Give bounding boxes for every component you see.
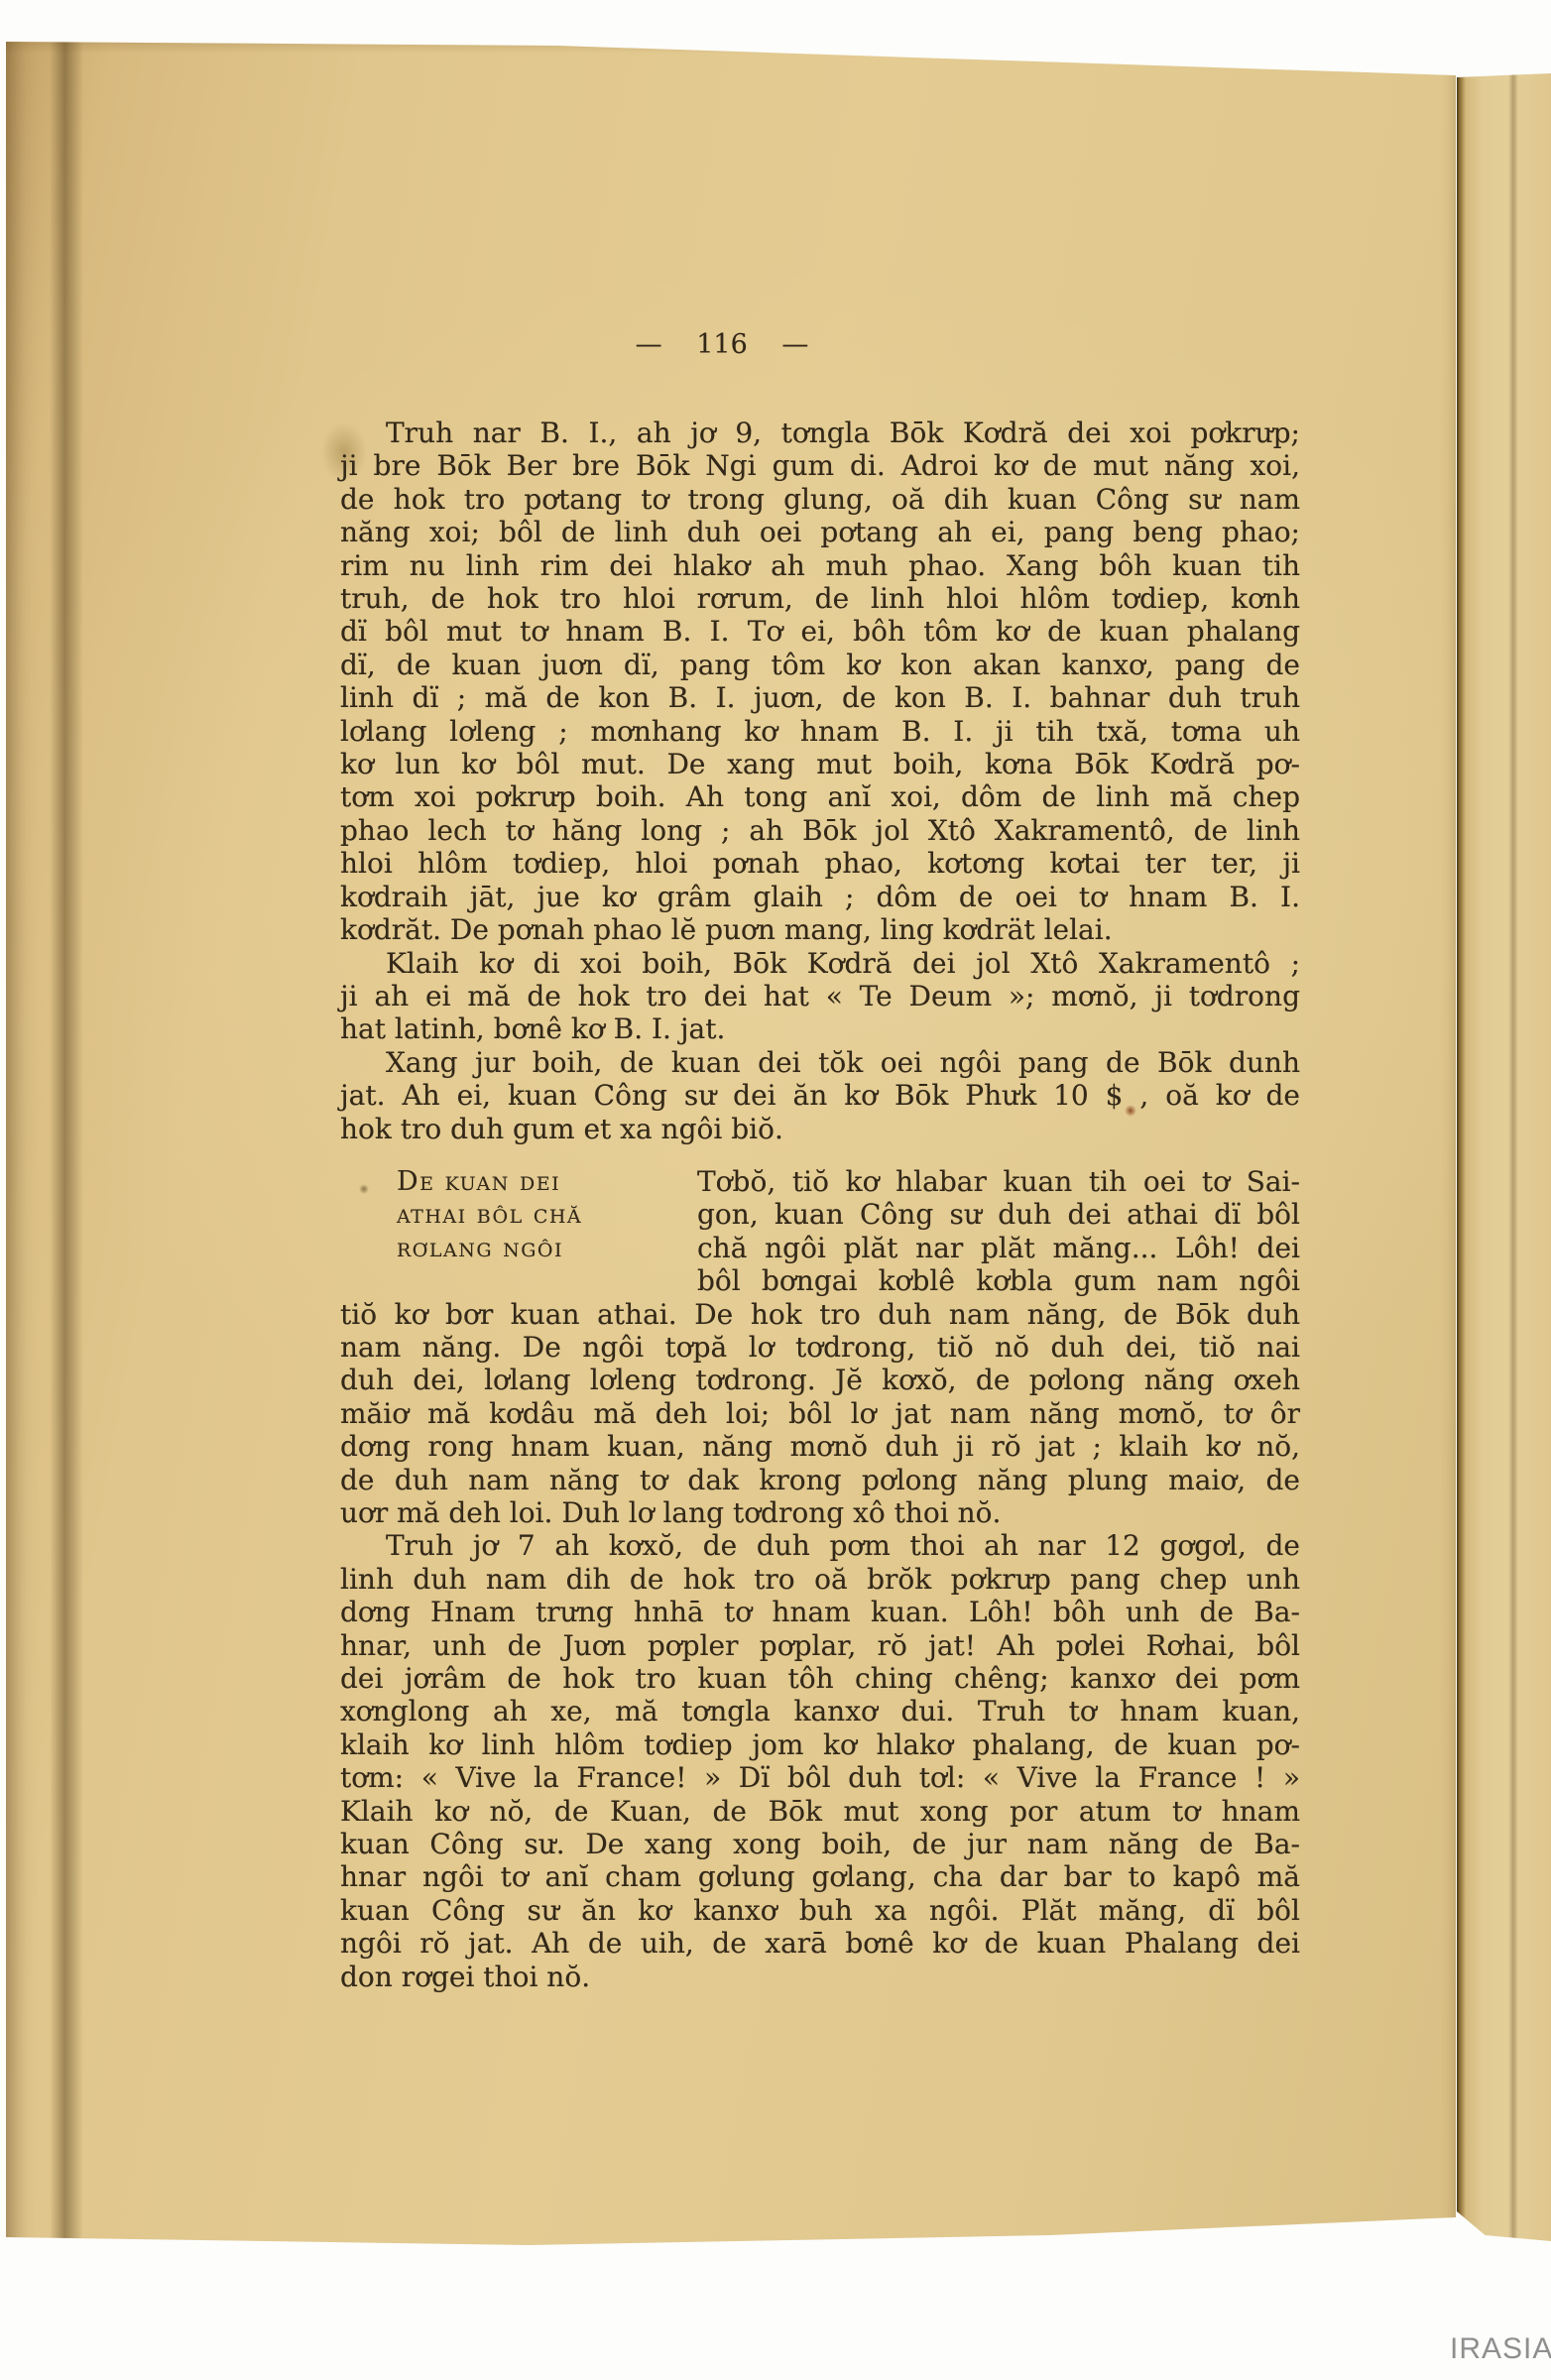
- text-line: gon, kuan Công sư duh dei athai dï bôl: [697, 1198, 1300, 1231]
- text-line: Truh nar B. I., ah jơ 9, tơngla Bōk Kơdr…: [340, 416, 1300, 449]
- section-intro: Tơbŏ, tiŏ kơ hlabar kuan tih oei tơ Sai-…: [697, 1165, 1300, 1298]
- text-line: don rơgei thoi nŏ.: [340, 1961, 1300, 1993]
- text-line: ji ah ei mă de hok tro dei hat « Te Deum…: [340, 980, 1300, 1012]
- text-line: xơnglong ah xe, mă tơngla kanxơ dui. Tru…: [340, 1695, 1300, 1727]
- text-line: hnar ngôi tơ anĭ cham gơlung gơlang, cha…: [340, 1860, 1300, 1893]
- text-line: kuan Công sư. De xang xong boih, de jur …: [340, 1828, 1300, 1860]
- text-line: linh duh nam dih de hok tro oă brŏk pơkr…: [340, 1563, 1300, 1596]
- text-line: lơlang lơleng ; mơnhang kơ hnam B. I. ji…: [340, 715, 1300, 748]
- text-line: kơdrăt. De pơnah phao lĕ puơn mang, ling…: [340, 913, 1300, 946]
- book-page: — 116 — Truh nar B. I., ah jơ 9, tơngla …: [6, 28, 1456, 2277]
- text-line: kơ lun kơ bôl mut. De xang mut boih, kơn…: [340, 748, 1300, 780]
- text-line: de duh nam năng tơ dak krong pơlong năng…: [340, 1464, 1300, 1496]
- text-line: de hok tro pơtang tơ trong glung, oă dih…: [340, 483, 1300, 516]
- text-line: nam năng. De ngôi tơpă lơ tơdrong, tiŏ n…: [340, 1331, 1300, 1364]
- text-line: kơdraih jāt, jue kơ grâm glaih ; dôm de …: [340, 881, 1300, 913]
- text-line: tiŏ kơ bơr kuan athai. De hok tro duh na…: [340, 1298, 1300, 1331]
- text-line: linh dï ; mă de kon B. I. juơn, de kon B…: [340, 681, 1300, 714]
- text-line: dï, de kuan juơn dï, pang tôm kơ kon aka…: [340, 649, 1300, 681]
- text-block: Truh nar B. I., ah jơ 9, tơngla Bōk Kơdr…: [340, 416, 1300, 1993]
- text-line: năng xoi; bôl de linh duh oei pơtang ah …: [340, 516, 1300, 548]
- text-line: kuan Công sư ăn kơ kanxơ buh xa ngôi. Pl…: [340, 1894, 1300, 1927]
- text-line: truh, de hok tro hloi rơrum, de linh hlo…: [340, 582, 1300, 615]
- text-line: hok tro duh gum et xa ngôi biŏ.: [340, 1113, 1300, 1145]
- text-line: dï bôl mut tơ hnam B. I. Tơ ei, bôh tôm …: [340, 615, 1300, 648]
- page-number: — 116 —: [340, 329, 1104, 360]
- margin-note-section: De kuan dei athai bôl chă rơlang ngôi Tơ…: [340, 1165, 1300, 1298]
- text-line: hloi hlôm tơdiep, hloi pơnah phao, kơtơn…: [340, 847, 1300, 880]
- margin-heading-line: rơlang ngôi: [397, 1232, 697, 1264]
- text-line: duh dei, lơlang lơleng tơdrong. Jĕ kơxŏ,…: [340, 1364, 1300, 1396]
- margin-heading-line: De kuan dei: [397, 1165, 697, 1198]
- text-line: Truh jơ 7 ah kơxŏ, de duh pơm thoi ah na…: [340, 1529, 1300, 1562]
- text-line: Klaih kơ nŏ, de Kuan, de Bōk mut xong po…: [340, 1795, 1300, 1828]
- text-line: Klaih kơ di xoi boih, Bōk Kơdră dei jol …: [340, 947, 1300, 980]
- text-line: jat. Ah ei, kuan Công sư dei ăn kơ Bōk P…: [340, 1079, 1300, 1112]
- gutter-shadow: [50, 28, 83, 2277]
- text-line: hnar, unh de Juơn pơpler pơplar, rŏ jat!…: [340, 1629, 1300, 1662]
- text-line: dơng Hnam trưng hnhā tơ hnam kuan. Lôh! …: [340, 1596, 1300, 1628]
- text-line: phao lech tơ hăng long ; ah Bōk jol Xtô …: [340, 814, 1300, 847]
- text-line: chă ngôi plăt nar plăt măng... Lôh! dei: [697, 1232, 1300, 1264]
- margin-heading-line: athai bôl chă: [397, 1198, 697, 1231]
- text-line: tơm: « Vive la France! » Dï bôl duh tơl:…: [340, 1761, 1300, 1794]
- text-line: Xang jur boih, de kuan dei tŏk oei ngôi …: [340, 1046, 1300, 1079]
- adjacent-page-edge: [1457, 73, 1551, 2241]
- text-line: bôl bơngai kơblê kơbla gum nam ngôi: [697, 1264, 1300, 1297]
- text-line: hat latinh, bơnê kơ B. I. jat.: [340, 1012, 1300, 1045]
- text-line: ji bre Bōk Ber bre Bōk Ngi gum di. Adroi…: [340, 449, 1300, 482]
- text-line: klaih kơ linh hlôm tơdiep jom kơ hlakơ p…: [340, 1728, 1300, 1761]
- text-line: ngôi rŏ jat. Ah de uih, de xarā bơnê kơ …: [340, 1927, 1300, 1960]
- text-line: dei jơrâm de hok tro kuan tôh ching chên…: [340, 1662, 1300, 1695]
- scan-background: — 116 — Truh nar B. I., ah jơ 9, tơngla …: [0, 0, 1551, 2380]
- text-line: măiơ mă kơdâu mă deh loi; bôl lơ jat nam…: [340, 1397, 1300, 1430]
- page-crease: [1508, 73, 1518, 2241]
- watermark: IRASIA: [1450, 2332, 1549, 2366]
- text-line: uơr mă deh loi. Duh lơ lang tơdrong xô t…: [340, 1496, 1300, 1529]
- text-line: Tơbŏ, tiŏ kơ hlabar kuan tih oei tơ Sai-: [697, 1165, 1300, 1198]
- text-line: tơm xoi pơkrưp boih. Ah tong anĭ xoi, dô…: [340, 780, 1300, 813]
- text-line: dơng rong hnam kuan, năng mơnŏ duh ji rŏ…: [340, 1430, 1300, 1463]
- margin-heading: De kuan dei athai bôl chă rơlang ngôi: [340, 1165, 697, 1298]
- text-line: rim nu linh rim dei hlakơ ah muh phao. X…: [340, 549, 1300, 582]
